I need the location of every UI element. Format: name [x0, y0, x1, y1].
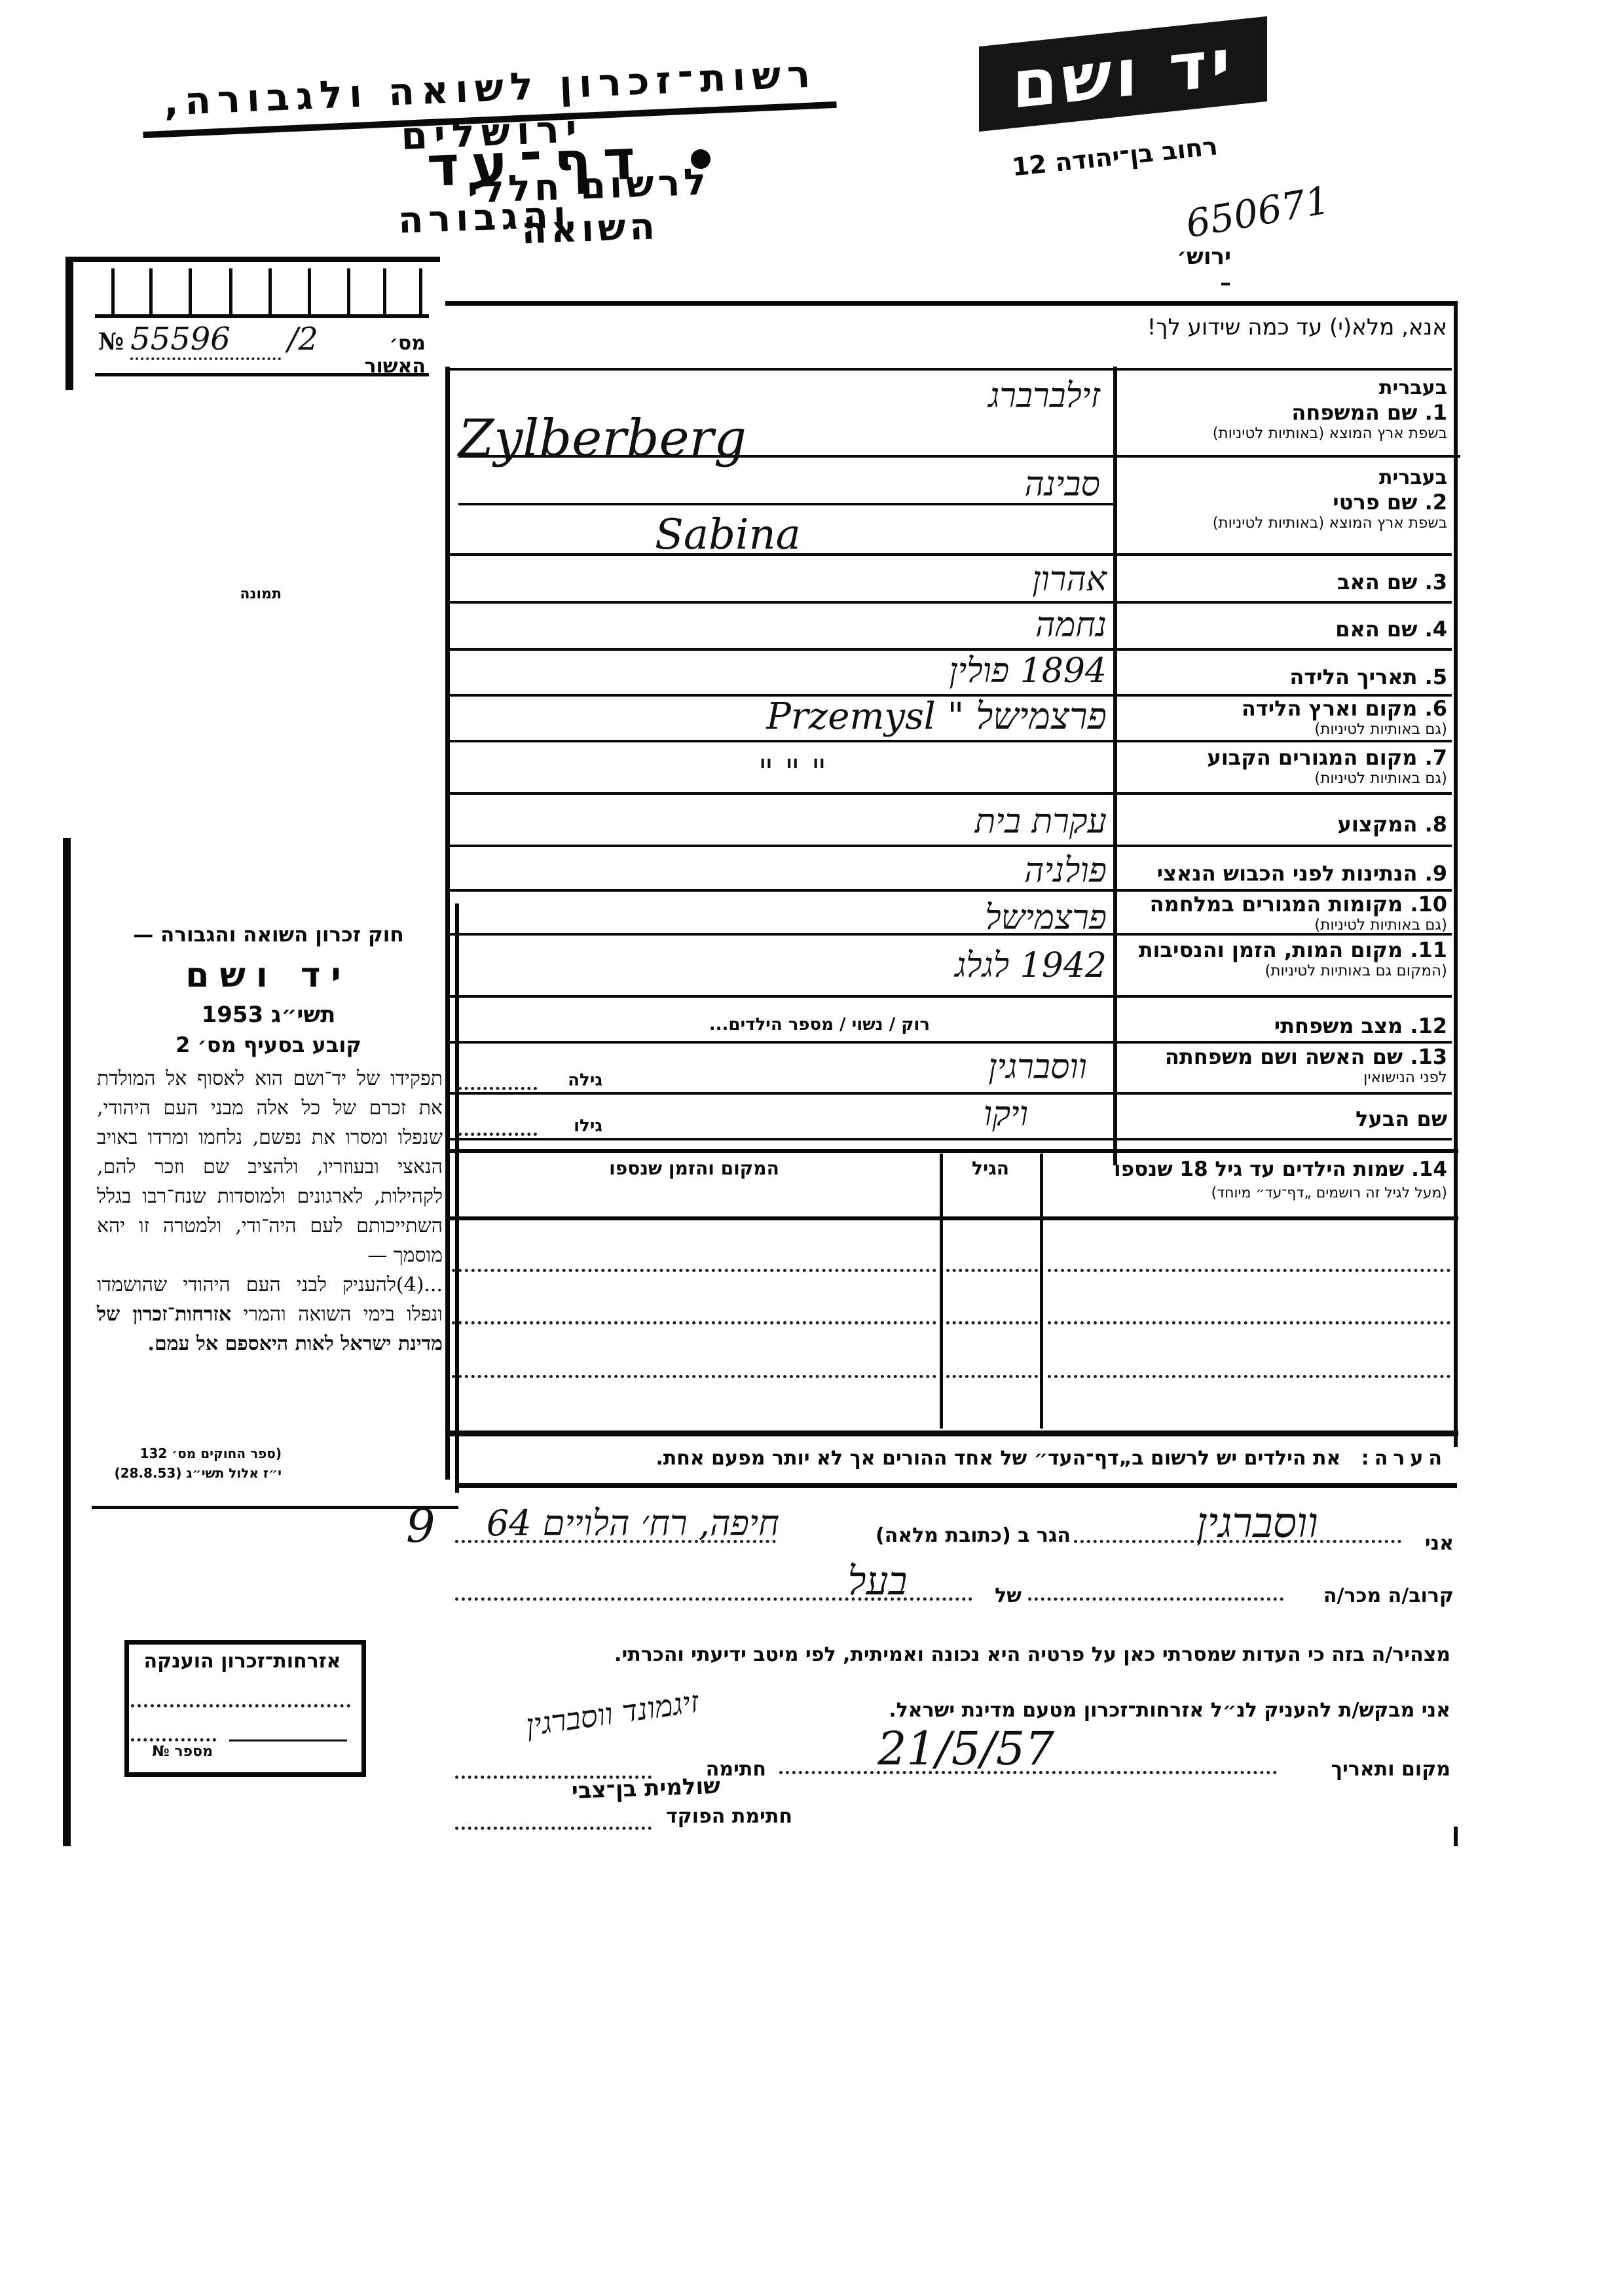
law-clause: קובע בסעיף מס׳ 2: [98, 1032, 439, 1057]
note: הערה: את הילדים יש לרשום ב„דף־העד״ של אח…: [458, 1447, 1447, 1470]
field-label-family-name: בעברית 1. שם המשפחה בשפת ארץ המוצא (באות…: [1123, 376, 1447, 443]
field-label-husband-name: שם הבעל: [1123, 1106, 1447, 1131]
of-label: של: [976, 1584, 1022, 1607]
table-row[interactable]: [1048, 1321, 1450, 1324]
law-year: תשי״ג 1953: [98, 1002, 439, 1028]
citizenship-request: אני מבקש/ת להעניק לנ״ל אזרחות־זכרון מטעם…: [714, 1699, 1450, 1722]
place-date-input[interactable]: [779, 1771, 1277, 1774]
field-label-spouse-name: 13. שם האשה ושם משפחתה לפני הנישואין: [1123, 1044, 1447, 1087]
yad-vashem-logo: יד ושם: [979, 16, 1267, 132]
spouse-age-label: גילה: [537, 1070, 602, 1090]
relation-label: קרוב/ה מכר/ה: [1290, 1584, 1454, 1607]
profession-value[interactable]: עקרת בית: [720, 802, 1107, 841]
city: ירוש׳ –: [1159, 244, 1231, 296]
tick: [308, 268, 311, 314]
row-divider: [450, 995, 1452, 998]
approval-rule: [95, 373, 429, 376]
row-divider: [450, 1138, 1452, 1140]
husband-name-value[interactable]: ויקו: [753, 1095, 1028, 1134]
father-name-value[interactable]: אהרון: [851, 560, 1107, 599]
table-row[interactable]: [946, 1269, 1038, 1272]
row-divider: [450, 368, 1452, 371]
frame-right: [1454, 301, 1458, 1447]
spouse-name-value[interactable]: ווסברגין: [720, 1048, 1087, 1087]
row-divider: [450, 553, 1452, 556]
address-value[interactable]: חיפה, רח׳ הלויים 64: [458, 1503, 779, 1544]
logo-text: יד ושם: [979, 16, 1267, 132]
row-divider: [450, 648, 1452, 651]
row-divider: [450, 740, 1452, 742]
frame-top: [445, 301, 1457, 306]
address: רחוב בן־יהודה 12: [1001, 132, 1219, 183]
note-bottom-rule: [455, 1483, 1457, 1488]
field-label-first-name: בעברית 2. שם פרטי בשפת ארץ המוצא (באותיו…: [1123, 466, 1447, 533]
address-input[interactable]: [455, 1540, 776, 1543]
tick: [347, 268, 350, 314]
field-label-birth-date: 5. תאריך הלידה: [1123, 665, 1447, 689]
tick: [229, 268, 232, 314]
table-row[interactable]: [946, 1321, 1038, 1324]
column-divider: [1040, 1154, 1043, 1429]
officer-signature-label: חתימת הפוקד: [655, 1805, 792, 1828]
frame-right-end: [1454, 1827, 1458, 1846]
mother-name-value[interactable]: נחמה: [851, 606, 1107, 645]
declarant-label: אני: [1408, 1532, 1454, 1555]
law-source-1: (ספר החוקים מס׳ 132: [98, 1444, 282, 1463]
note-top-rule: [450, 1430, 1458, 1436]
field-label-profession: 8. המקצוע: [1123, 812, 1447, 837]
birth-place-value[interactable]: פרצמישל " Przemysl: [452, 695, 1107, 738]
row-divider: [450, 601, 1452, 604]
law-box-bottom-rule: [92, 1506, 458, 1509]
row-divider: [450, 1041, 1452, 1044]
field-label-mother-name: 4. שם האם: [1123, 617, 1447, 642]
row-divider: [450, 792, 1452, 795]
relation-input[interactable]: [1028, 1597, 1283, 1601]
approval-rule: [95, 314, 429, 318]
column-divider: [940, 1154, 943, 1429]
place-date-label: מקום ותאריך: [1283, 1758, 1450, 1781]
officer-signature-input[interactable]: [455, 1827, 652, 1830]
approval-number[interactable]: 55596: [130, 321, 281, 360]
signature-value[interactable]: זיגמונד ווסברגין: [458, 1675, 767, 1753]
husband-age-label: גילו: [537, 1116, 602, 1136]
husband-age-input[interactable]: [458, 1133, 537, 1136]
field-label-death-place: 11. מקום המות, הזמן והנסיבות (המקום גם ב…: [1123, 938, 1447, 981]
number-sign: №: [98, 328, 124, 355]
frame-left: [445, 367, 450, 1480]
law-source: (ספר החוקים מס׳ 132 י״ז אלול תשי״ג (28.8…: [98, 1444, 282, 1483]
archive-number: 650671: [1183, 177, 1332, 246]
citizenship-line: [229, 1740, 347, 1741]
table-row[interactable]: [1048, 1375, 1450, 1378]
intro-instruction: אנא, מלא(י) עד כמה שידוע לך!: [1107, 314, 1447, 340]
address-label: הגר ב (כתובת מלאה): [779, 1524, 1071, 1547]
law-name: יד ושם: [98, 956, 439, 995]
row-divider: [450, 845, 1452, 847]
declarant-name-input[interactable]: [1074, 1540, 1401, 1543]
children-table-header-rule: [450, 1216, 1458, 1220]
citizenship-number-label: מספר №: [134, 1743, 213, 1760]
margin-mark: 9: [406, 1499, 435, 1553]
family-name-latin-value[interactable]: Zylberberg: [458, 409, 917, 468]
citizenship-title: אזרחות־זכרון הוענקה: [138, 1650, 347, 1673]
residence-value[interactable]: " " ": [498, 753, 1087, 792]
children-table-subtitle: (מעל לגיל זה רושמים „דף־עד״ מיוחד): [1048, 1185, 1447, 1201]
tick: [149, 268, 153, 314]
first-name-hebrew-value[interactable]: סבינה: [851, 465, 1100, 504]
law-title: חוק זכרון השואה והגבורה —: [98, 923, 439, 947]
birth-date-value[interactable]: 1894 פולין: [688, 651, 1107, 691]
field-label-nationality: 9. הנתינות לפני הכבוש הנאצי: [1123, 861, 1447, 886]
tick: [383, 268, 386, 314]
tick: [189, 268, 192, 314]
photo-label: תמונה: [242, 586, 282, 602]
table-row[interactable]: [452, 1375, 936, 1378]
citizenship-number-line[interactable]: [131, 1738, 216, 1741]
first-name-latin-value[interactable]: Sabina: [655, 511, 917, 559]
nationality-value[interactable]: פולניה: [753, 851, 1107, 890]
left-frame: [63, 838, 71, 1846]
field-label-residence: 7. מקום המגורים הקבוע (גם באותיות לטיניו…: [1123, 745, 1447, 788]
field-label-birth-place: 6. מקום וארץ הלידה (גם באותיות לטיניות): [1123, 696, 1447, 739]
label-divider: [1113, 367, 1117, 1165]
approval-number-row: № 55596 /2 מס׳ האשור: [98, 321, 426, 378]
tick: [111, 268, 115, 314]
note-label: הערה:: [1361, 1447, 1447, 1470]
table-row[interactable]: [946, 1375, 1038, 1378]
law-source-2: י״ז אלול תשי״ג (28.8.53): [98, 1463, 282, 1483]
children-table-title: 14. שמות הילדים עד גיל 18 שנספו: [1048, 1157, 1447, 1181]
wartime-residence-value[interactable]: פרצמישל: [740, 898, 1107, 938]
citizenship-line[interactable]: [131, 1704, 350, 1707]
place-date-value[interactable]: 21/5/57: [877, 1722, 1139, 1776]
tick: [268, 268, 272, 314]
tick: [419, 268, 422, 314]
death-place-value[interactable]: 1942 לגלג: [688, 946, 1107, 985]
field-label-father-name: 3. שם האב: [1123, 570, 1447, 594]
column-header-age: הגיל: [943, 1157, 1038, 1179]
law-body: תפקידו של יד־ושם הוא לאסוף אל המולדת את …: [97, 1064, 443, 1358]
children-table-top: [450, 1149, 1458, 1153]
field-label-wartime-residence: 10. מקומות המגורים במלחמה (גם באותיות לט…: [1123, 892, 1447, 935]
approval-label: מס׳ האשור: [325, 332, 426, 378]
note-text: את הילדים יש לרשום ב„דף־העד״ של אחד ההור…: [655, 1447, 1340, 1470]
field-label-marital-status: 12. מצב משפחתי: [1123, 1013, 1447, 1038]
approval-suffix: /2: [287, 321, 318, 357]
table-row[interactable]: [452, 1269, 936, 1272]
law-body-text: תפקידו של יד־ושם הוא לאסוף אל המולדת את …: [97, 1067, 443, 1267]
table-row[interactable]: [452, 1321, 936, 1324]
marital-status-options[interactable]: רוק / נשוי / מספר הילדים...: [655, 1015, 930, 1034]
spouse-age-input[interactable]: [458, 1087, 537, 1090]
column-header-place-time: המקום והזמן שנספו: [452, 1157, 936, 1179]
table-row[interactable]: [1048, 1269, 1450, 1272]
declaration-statement: מצהיר/ה בזה כי העדות שמסרתי כאן על פרטיה…: [458, 1643, 1450, 1666]
relation-of-input[interactable]: [455, 1597, 972, 1601]
